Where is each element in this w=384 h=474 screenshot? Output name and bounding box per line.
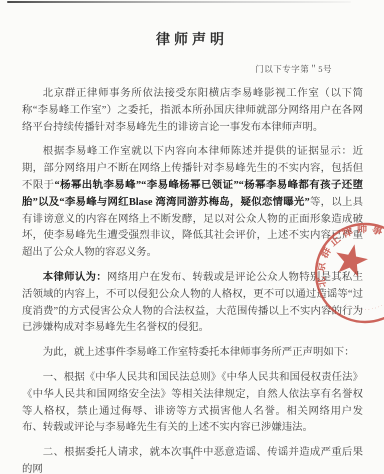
law-firm-seal-icon: 北京群正律师事务所 ············ (311, 214, 384, 338)
document-page: 律师声明 门以下专字第＂5号 北京群正律师事务所依法接受东阳横店李易峰影视工作室… (0, 0, 384, 474)
document-title: 律师声明 (0, 0, 384, 49)
page-number: 1 (0, 451, 384, 461)
paragraph: 北京群正律师事务所依法接受东阳横店李易峰影视工作室（以下简称“李易峰工作室”）之… (22, 86, 363, 136)
doc-number: 门以下专字第＂5号 (0, 63, 384, 75)
paragraph: 为此，就上述事件李易峰工作室特委托本律师事务所严正声明如下： (22, 345, 363, 362)
paragraph: 一、根据《中华人民共和国民法总则》《中华人民共和国侵权责任法》《中华人民共和国网… (22, 370, 363, 437)
bold-emphasis-text: 本律师认为： (43, 272, 107, 283)
body-text: 为此，就上述事件李易峰工作室特委托本律师事务所严正声明如下： (43, 347, 355, 358)
body-text: 一、根据《中华人民共和国民法总则》《中华人民共和国侵权责任法》《中华人民共和国网… (22, 372, 363, 433)
seal-sub-text: ············ (344, 302, 384, 312)
scan-artifact-line (7, 1, 351, 3)
svg-text:············: ············ (344, 302, 384, 312)
body-text: 北京群正律师事务所依法接受东阳横店李易峰影视工作室（以下简称“李易峰工作室”）之… (22, 88, 363, 133)
seal-star-icon (332, 241, 370, 278)
